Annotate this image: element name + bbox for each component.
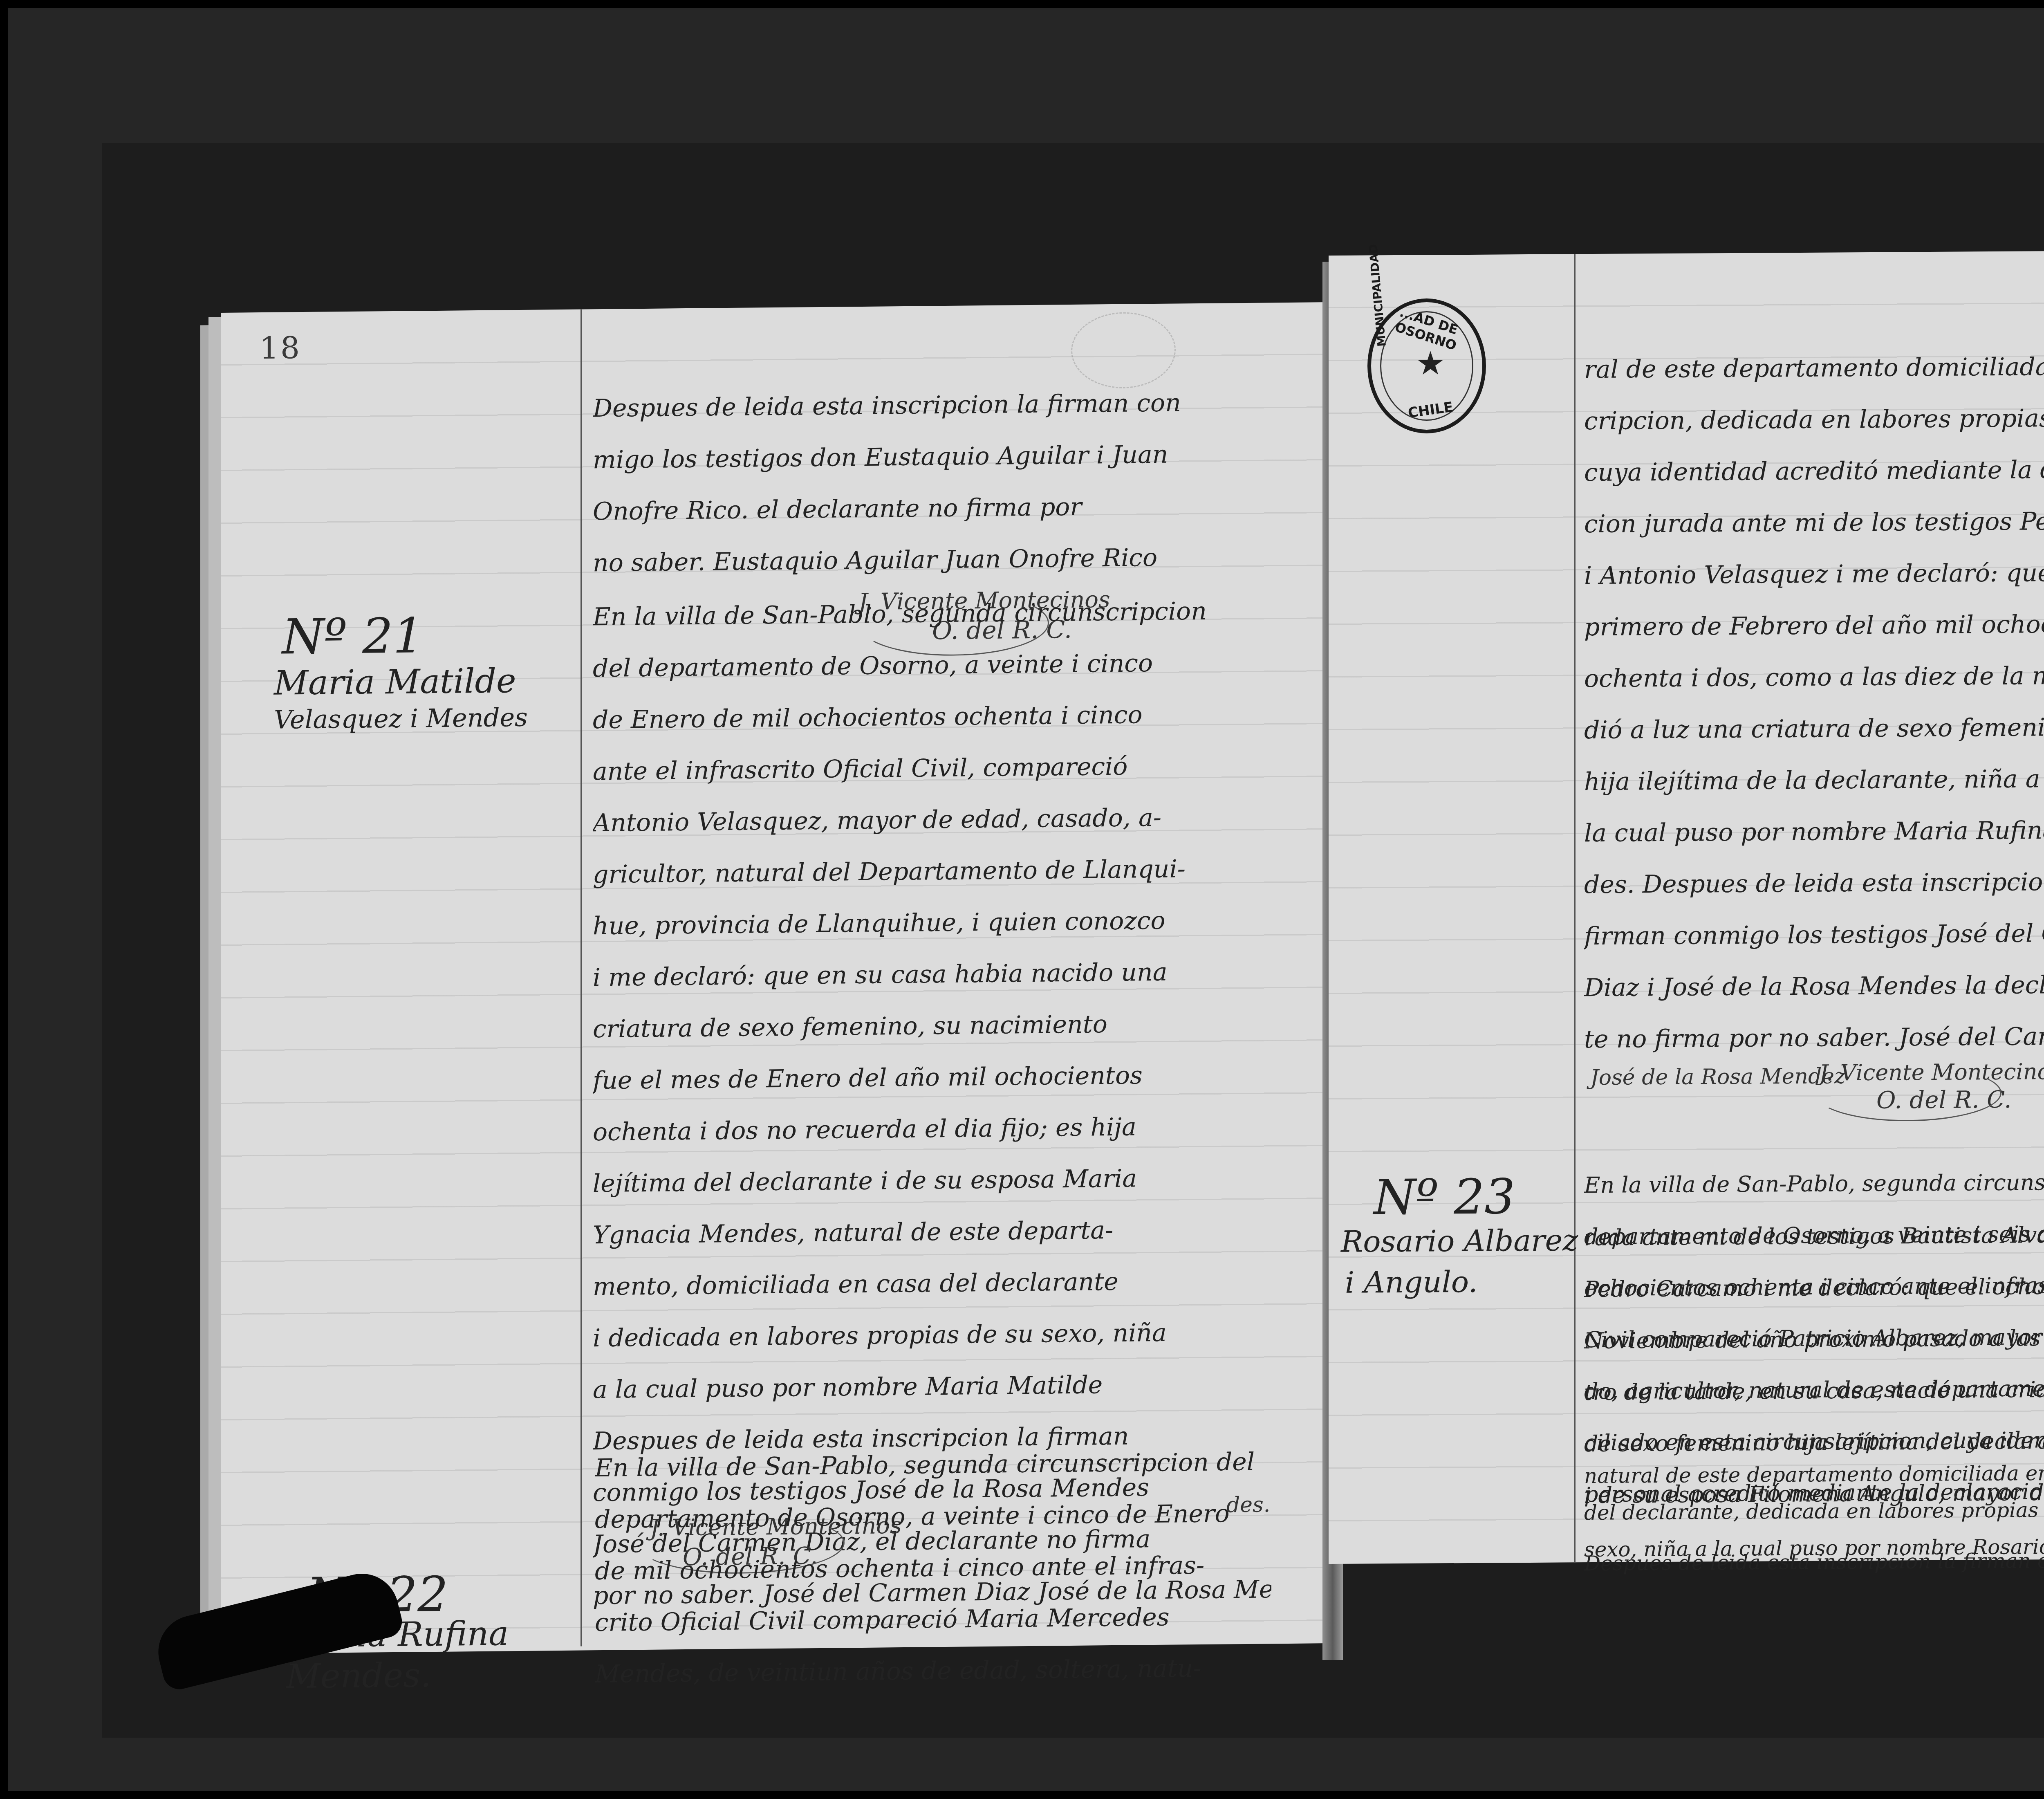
text-line: la cual puso por nombre Maria Rufina Men… <box>1584 803 2044 859</box>
text-line: hue, provincia de Llanquihue, i quien co… <box>593 894 1271 952</box>
text-line: En la villa de San-Pablo, segunda circun… <box>1584 1155 2044 1211</box>
text-line: i me declaró: que en su casa habia nacid… <box>593 945 1271 1003</box>
text-line: no saber. Eustaquio Aguilar Juan Onofre … <box>593 531 1271 589</box>
text-line: primero de Febrero del año mil ochocient… <box>1584 597 2044 653</box>
text-line: departamento de Osorno, a veinte i cinco… <box>595 1487 1273 1546</box>
text-line: ante el infrascrito Oficial Civil, compa… <box>593 739 1271 797</box>
text-line: Noviembre del año proximo pasado a las c… <box>1584 1311 2044 1367</box>
text-line: crito Oficial Civil compareció Maria Mer… <box>595 1590 1273 1649</box>
continuation-text: ral de este departamento domiciliada en … <box>1584 340 2044 1065</box>
text-line: tro de la tarde, en su casa, nació una c… <box>1584 1363 2044 1418</box>
text-line: Diaz i José de la Rosa Mendes la declara… <box>1584 958 2044 1014</box>
entry-name-line: Mendes. <box>286 1656 431 1696</box>
entry-name-line: Rosario Albarez <box>1341 1223 1578 1259</box>
text-line: ochenta i dos no recuerda el dia fijo; e… <box>593 1100 1271 1158</box>
text-line: En la villa de San-Pablo, segunda circun… <box>595 1436 1273 1494</box>
entry-number: Nº 21 <box>282 607 424 665</box>
text-line: mento, domiciliada en casa del declarant… <box>593 1254 1271 1312</box>
text-line: natural de este departamento domiciliada… <box>1584 1454 2044 1494</box>
text-line: de Enero de mil ochocientos ochenta i ci… <box>593 688 1271 746</box>
official-seal-stamp: ...AD DE OSORNO MUNICIPALIDAD CHILE ★ <box>1367 298 1486 433</box>
margin-column-divider <box>580 310 582 1646</box>
text-line: a la cual puso por nombre Maria Matilde <box>593 1357 1271 1415</box>
text-line: rada ante mi de los testigos Bautista Al… <box>1584 1208 2044 1264</box>
entry-body-22: En la villa de San-Pablo, segunda circun… <box>595 1436 1273 1700</box>
text-line: del declarante, dedicada en labores prop… <box>1584 1490 2044 1531</box>
text-line: del departamento de Osorno, a veinte i c… <box>593 636 1271 694</box>
text-line: Despues de leida esta inscripcion la fir… <box>593 376 1271 434</box>
continuation-text: Despues de leida esta inscripcion la fir… <box>593 376 1271 589</box>
text-line: i dedicada en labores propias de su sexo… <box>593 1306 1271 1364</box>
entry-number: Nº 23 <box>1374 1168 1515 1225</box>
witness-signature: José de la Rosa Mendez <box>1590 1064 1846 1090</box>
text-line: de mil ochocientos ochenta i cinco ante … <box>595 1539 1273 1597</box>
text-line: cion jurada ante mi de los testigos Pedr… <box>1584 494 2044 550</box>
text-line: hija ilejítima de la declarante, niña a <box>1584 752 2044 808</box>
text-line: Mendes, de veintiun años de edad, solter… <box>595 1642 1273 1700</box>
text-line: lejítima del declarante i de su esposa M… <box>593 1151 1271 1209</box>
text-line: En la villa de San-Pablo, segunda circun… <box>593 585 1271 643</box>
entry-name-line: i Angulo. <box>1345 1265 1478 1300</box>
page-number-left: 18 <box>260 330 301 366</box>
text-line: Despues de leida esta inscripcion la fir… <box>1584 1548 2044 1575</box>
text-line: firman conmigo los testigos José del Car… <box>1584 906 2044 962</box>
text-line: dió a luz una criatura de sexo femenino <box>1584 700 2044 756</box>
star-emblem-icon: ★ <box>1412 343 1449 392</box>
text-line: te no firma por no saber. José del Carme… <box>1584 1009 2044 1065</box>
entry-name-line: Velasquez i Mendes <box>274 702 528 735</box>
text-line: cripcion, dedicada en labores propias de… <box>1584 391 2044 447</box>
text-line: ral de este departamento domiciliada en … <box>1584 340 2044 395</box>
text-line: criatura de sexo femenino, su nacimiento <box>593 997 1271 1055</box>
text-line: Pedro Carcamo i me declaró: que el ocho … <box>1584 1260 2044 1315</box>
text-line: ochenta i dos, como a las diez de la mañ… <box>1584 649 2044 704</box>
text-line: migo los testigos don Eustaquio Aguilar … <box>593 428 1271 486</box>
text-line: fue el mes de Enero del año mil ochocien… <box>593 1048 1271 1106</box>
text-line: Antonio Velasquez, mayor de edad, casado… <box>593 791 1271 849</box>
text-line: Ygnacia Mendes, natural de este departa- <box>593 1203 1271 1261</box>
text-line: cuya identidad acreditó mediante la decl… <box>1584 443 2044 498</box>
text-line: des. Despues de leida esta inscripcion l… <box>1584 855 2044 911</box>
entry-name-line: Maria Matilde <box>274 662 516 703</box>
text-line: i Antonio Velasquez i me declaró: que el <box>1584 546 2044 601</box>
text-line: Onofre Rico. el declarante no firma por <box>593 479 1271 537</box>
margin-column-divider <box>1574 254 1576 1562</box>
text-line: gricultor, natural del Departamento de L… <box>593 842 1271 900</box>
